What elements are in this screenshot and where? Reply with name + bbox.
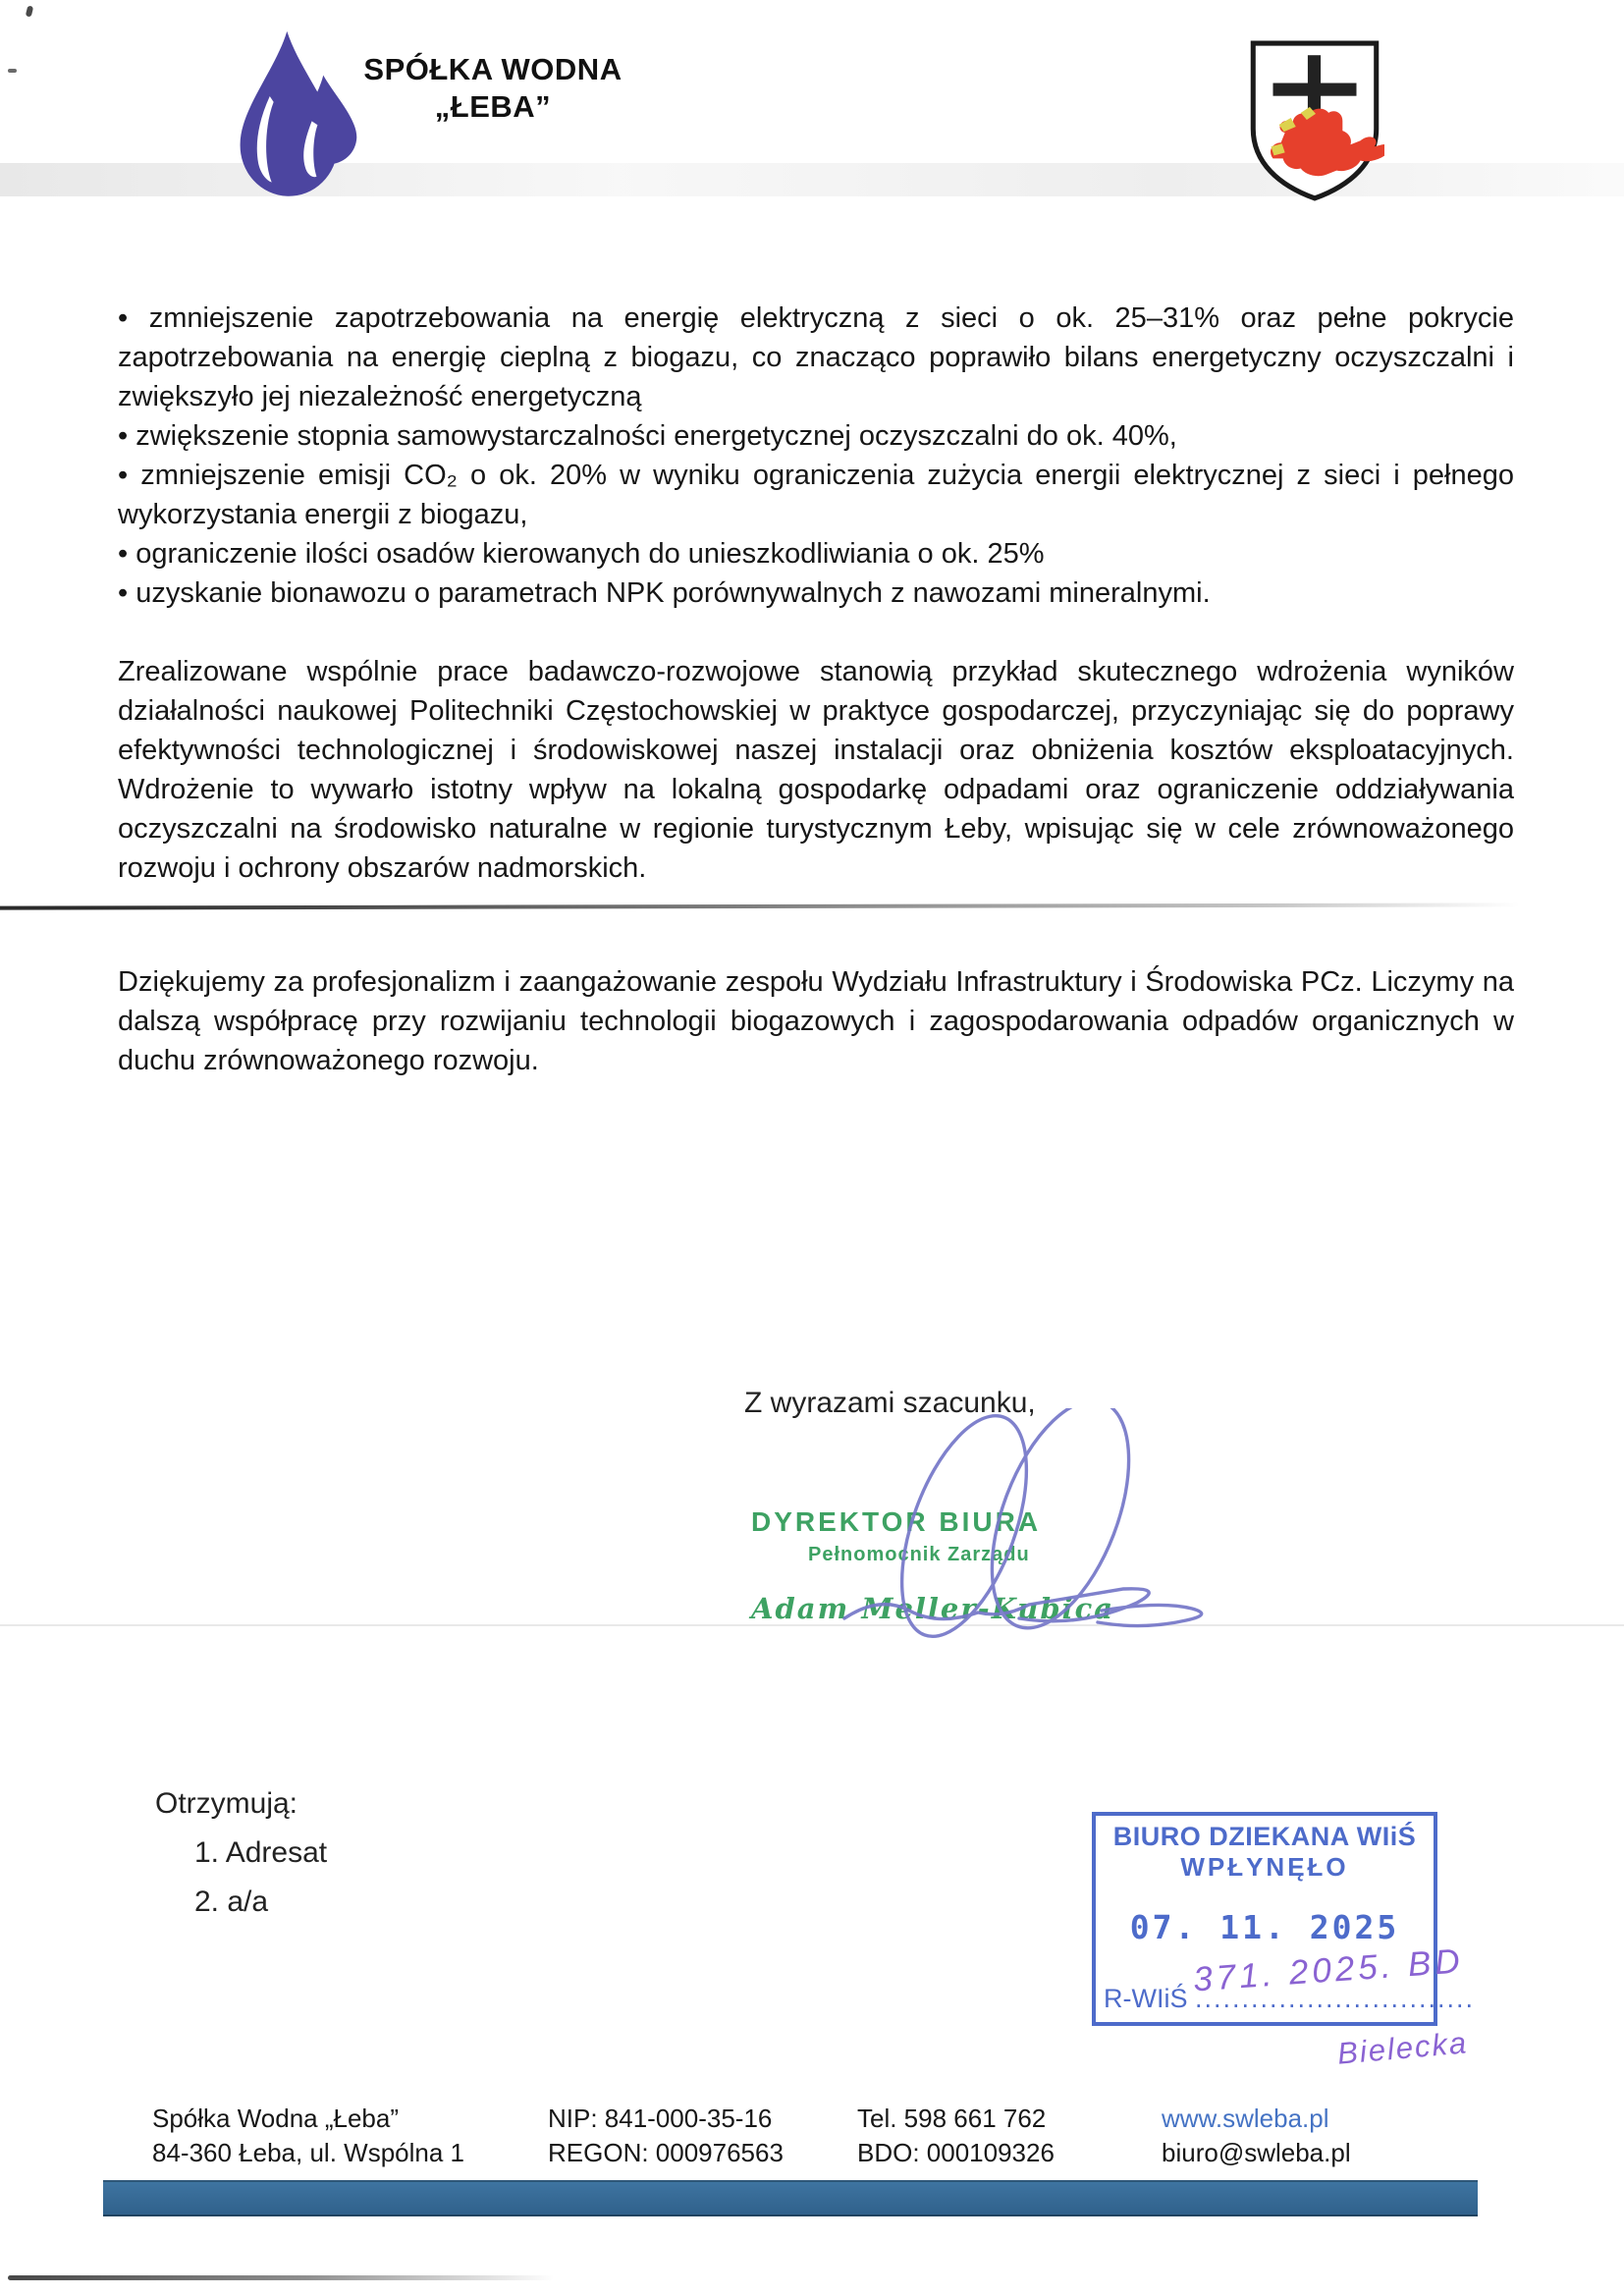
footer-bdo: BDO: 000109326 — [857, 2136, 1055, 2170]
footer-accent-bar — [103, 2180, 1478, 2216]
handwritten-signature — [807, 1408, 1219, 1664]
received-stamp-received-label: WPŁYNĘŁO — [1096, 1852, 1434, 1883]
bullet-item: • uzyskanie bionawozu o parametrach NPK … — [118, 574, 1514, 613]
paragraph: Dziękujemy za profesjonalizm i zaangażow… — [118, 962, 1514, 1080]
scan-streak-artifact — [8, 2275, 554, 2280]
organization-name: SPÓŁKA WODNA „ŁEBA” — [346, 51, 640, 126]
distribution-heading: Otrzymują: — [155, 1787, 327, 1821]
handwritten-initials: Bielecka — [1336, 2025, 1470, 2071]
footer-address: Spółka Wodna „Łeba” 84-360 Łeba, ul. Wsp… — [152, 2102, 464, 2170]
received-stamp-office: BIURO DZIEKANA WIiŚ — [1096, 1822, 1434, 1852]
register-label: R-WIiŚ — [1104, 1984, 1187, 2013]
distribution-item: 1. Adresat — [194, 1836, 327, 1870]
received-stamp-date: 07. 11. 2025 — [1096, 1908, 1434, 1946]
footer-street-address: 84-360 Łeba, ul. Wspólna 1 — [152, 2136, 464, 2170]
footer-company-name: Spółka Wodna „Łeba” — [152, 2102, 464, 2136]
footer-contact: Tel. 598 661 762 BDO: 000109326 — [857, 2102, 1055, 2170]
distribution-item: 2. a/a — [194, 1886, 327, 1919]
distribution-list: Otrzymują: 1. Adresat 2. a/a — [155, 1787, 327, 1919]
organization-name-line1: SPÓŁKA WODNA — [346, 51, 640, 88]
footer-registration: NIP: 841-000-35-16 REGON: 000976563 — [548, 2102, 784, 2170]
footer-nip: NIP: 841-000-35-16 — [548, 2102, 784, 2136]
footer-email: biuro@swleba.pl — [1162, 2136, 1351, 2170]
bullet-item: • zmniejszenie emisji CO₂ o ok. 20% w wy… — [118, 456, 1514, 534]
footer-website-link: www.swleba.pl — [1162, 2102, 1351, 2136]
footer-online: www.swleba.pl biuro@swleba.pl — [1162, 2102, 1351, 2170]
scan-speck — [26, 5, 33, 17]
scan-speck — [8, 69, 17, 73]
footer-regon: REGON: 000976563 — [548, 2136, 784, 2170]
footer-phone: Tel. 598 661 762 — [857, 2102, 1055, 2136]
leba-coat-of-arms-icon — [1245, 37, 1384, 206]
letter-body: • zmniejszenie zapotrzebowania na energi… — [118, 299, 1514, 1080]
bullet-item: • zmniejszenie zapotrzebowania na energi… — [118, 299, 1514, 416]
bullet-item: • ograniczenie ilości osadów kierowanych… — [118, 534, 1514, 574]
organization-name-line2: „ŁEBA” — [346, 88, 640, 126]
paragraph: Zrealizowane wspólnie prace badawczo-roz… — [118, 652, 1514, 888]
scanned-letter-page: SPÓŁKA WODNA „ŁEBA” • zmniejszenie zapot… — [0, 0, 1624, 2296]
bullet-item: • zwiększenie stopnia samowystarczalnośc… — [118, 416, 1514, 456]
